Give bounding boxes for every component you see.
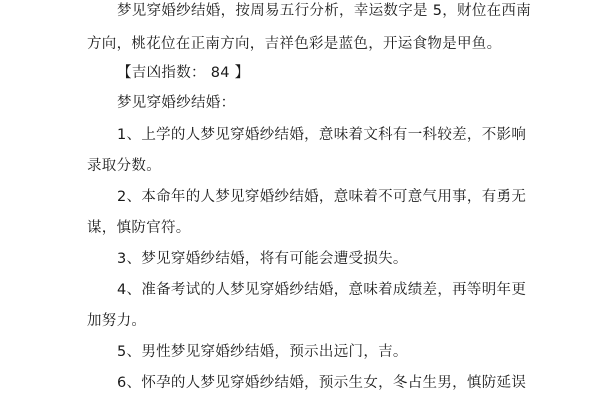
list-item-6-line-1: 6、怀孕的人梦见穿婚纱结婚，预示生女，冬占生男，慎防延误	[117, 373, 526, 393]
fortune-index: 【吉凶指数： 84 】	[117, 63, 249, 83]
list-item-2-line-1: 2、本命年的人梦见穿婚纱结婚，意味着不可意气用事，有勇无	[117, 187, 526, 207]
list-item-5: 5、男性梦见穿婚纱结婚，预示出远门，吉。	[117, 342, 408, 362]
list-item-4-line-2: 加努力。	[87, 311, 146, 331]
list-item-2-line-2: 谋，慎防官符。	[87, 218, 191, 238]
list-item-1-line-2: 录取分数。	[87, 156, 161, 176]
list-item-4-line-1: 4、准备考试的人梦见穿婚纱结婚，意味着成绩差，再等明年更	[117, 280, 526, 300]
section-heading: 梦见穿婚纱结婚：	[117, 93, 235, 113]
document-page: 梦见穿婚纱结婚，按周易五行分析，幸运数字是 5，财位在西南 方向，桃花位在正南方…	[0, 0, 600, 400]
list-item-1-line-1: 1、上学的人梦见穿婚纱结婚，意味着文科有一科较差，不影响	[117, 125, 526, 145]
list-item-3: 3、梦见穿婚纱结婚，将有可能会遭受损失。	[117, 249, 408, 269]
paragraph-lucky-info-line-1: 梦见穿婚纱结婚，按周易五行分析，幸运数字是 5，财位在西南	[117, 1, 531, 21]
paragraph-lucky-info-line-2: 方向，桃花位在正南方向，吉祥色彩是蓝色，开运食物是甲鱼。	[87, 34, 501, 54]
